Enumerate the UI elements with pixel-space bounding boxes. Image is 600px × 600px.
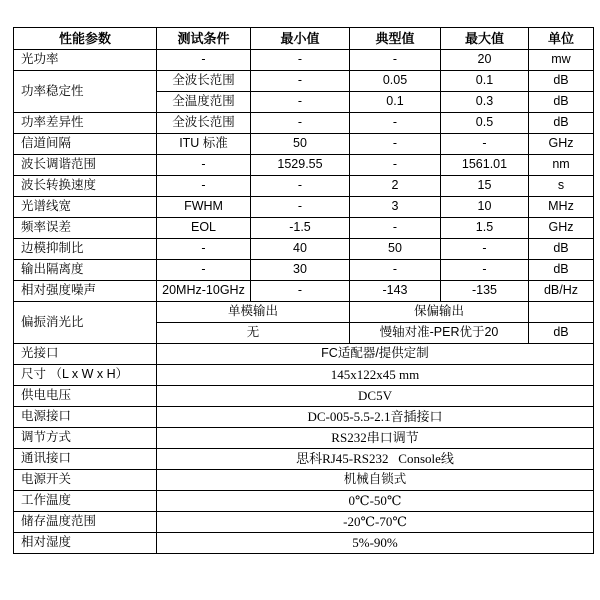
value-cell: 慢轴对准-PER优于20 (350, 323, 529, 344)
param-label: 调节方式 (14, 428, 157, 449)
value-cell: mw (529, 50, 594, 71)
column-header-min: 最小值 (251, 28, 350, 50)
value-cell: - (251, 113, 350, 134)
column-header-unit: 单位 (529, 28, 594, 50)
table-row: 光接口FC适配器/提供定制 (14, 344, 594, 365)
param-label: 偏振消光比 (14, 302, 157, 344)
value-cell: dB (529, 113, 594, 134)
table-row: 波长转换速度--215s (14, 176, 594, 197)
value-cell: nm (529, 155, 594, 176)
value-cell: dB (529, 239, 594, 260)
value-cell: 单模输出 (157, 302, 350, 323)
table-row: 偏振消光比单模输出保偏输出 (14, 302, 594, 323)
value-cell: 145x122x45 mm (157, 365, 594, 386)
value-cell: 0.1 (350, 92, 441, 113)
value-cell: 机械自锁式 (157, 470, 594, 491)
param-label: 频率误差 (14, 218, 157, 239)
value-cell: dB (529, 92, 594, 113)
param-label: 供电电压 (14, 386, 157, 407)
header-row: 性能参数 测试条件 最小值 典型值 最大值 单位 (14, 28, 594, 50)
param-label: 光谱线宽 (14, 197, 157, 218)
value-cell: 1561.01 (441, 155, 529, 176)
param-label: 工作温度 (14, 491, 157, 512)
value-cell: ITU 标准 (157, 134, 251, 155)
value-cell: - (251, 176, 350, 197)
value-cell: 50 (251, 134, 350, 155)
column-header-test-condition: 测试条件 (157, 28, 251, 50)
value-cell: - (350, 50, 441, 71)
value-cell: 0.5 (441, 113, 529, 134)
value-cell: 全温度范围 (157, 92, 251, 113)
param-label: 储存温度范围 (14, 512, 157, 533)
param-label: 尺寸 （L x W x H） (14, 365, 157, 386)
table-row: 功率稳定性全波长范围-0.050.1dB (14, 71, 594, 92)
param-label: 功率差异性 (14, 113, 157, 134)
value-cell: - (157, 239, 251, 260)
param-label: 电源开关 (14, 470, 157, 491)
value-cell: - (251, 50, 350, 71)
value-cell: 5%-90% (157, 533, 594, 554)
value-cell: MHz (529, 197, 594, 218)
table-row: 调节方式RS232串口调节 (14, 428, 594, 449)
column-header-typical: 典型值 (350, 28, 441, 50)
param-label: 光功率 (14, 50, 157, 71)
value-cell: - (350, 134, 441, 155)
value-cell: DC-005-5.5-2.1音插接口 (157, 407, 594, 428)
value-cell: 0.3 (441, 92, 529, 113)
param-label: 波长转换速度 (14, 176, 157, 197)
value-cell: dB (529, 323, 594, 344)
param-label: 输出隔离度 (14, 260, 157, 281)
value-cell: 30 (251, 260, 350, 281)
value-cell: 2 (350, 176, 441, 197)
table-row: 通讯接口思科RJ45-RS232 Console线 (14, 449, 594, 470)
value-cell: RS232串口调节 (157, 428, 594, 449)
value-cell: - (251, 281, 350, 302)
table-row: 储存温度范围-20℃-70℃ (14, 512, 594, 533)
param-label: 边模抑制比 (14, 239, 157, 260)
value-cell: 15 (441, 176, 529, 197)
value-cell: DC5V (157, 386, 594, 407)
value-cell: 全波长范围 (157, 71, 251, 92)
value-cell: 0℃-50℃ (157, 491, 594, 512)
value-cell: EOL (157, 218, 251, 239)
table-row: 相对湿度5%-90% (14, 533, 594, 554)
value-cell: -135 (441, 281, 529, 302)
table-row: 边模抑制比-4050-dB (14, 239, 594, 260)
table-row: 功率差异性全波长范围--0.5dB (14, 113, 594, 134)
table-row: 光谱线宽FWHM-310MHz (14, 197, 594, 218)
param-label: 通讯接口 (14, 449, 157, 470)
value-cell: 0.1 (441, 71, 529, 92)
column-header-max: 最大值 (441, 28, 529, 50)
value-cell: 无 (157, 323, 350, 344)
value-cell: 0.05 (350, 71, 441, 92)
param-label: 相对强度噪声 (14, 281, 157, 302)
value-cell: 保偏输出 (350, 302, 529, 323)
value-cell: - (441, 134, 529, 155)
table-row: 电源开关机械自锁式 (14, 470, 594, 491)
value-cell: 20 (441, 50, 529, 71)
table-row: 相对强度噪声20MHz-10GHz--143-135dB/Hz (14, 281, 594, 302)
param-label: 光接口 (14, 344, 157, 365)
value-cell: - (441, 260, 529, 281)
value-cell: GHz (529, 134, 594, 155)
value-cell: dB (529, 260, 594, 281)
table-row: 工作温度0℃-50℃ (14, 491, 594, 512)
value-cell: 10 (441, 197, 529, 218)
value-cell: dB/Hz (529, 281, 594, 302)
value-cell: 1.5 (441, 218, 529, 239)
spec-table-body: 光功率---20mw功率稳定性全波长范围-0.050.1dB全温度范围-0.10… (14, 50, 594, 554)
value-cell (529, 302, 594, 323)
value-cell: 思科RJ45-RS232 Console线 (157, 449, 594, 470)
value-cell: -143 (350, 281, 441, 302)
value-cell: -1.5 (251, 218, 350, 239)
table-row: 频率误差EOL-1.5-1.5GHz (14, 218, 594, 239)
value-cell: 全波长范围 (157, 113, 251, 134)
param-label: 波长调谐范围 (14, 155, 157, 176)
spec-table: 性能参数 测试条件 最小值 典型值 最大值 单位 光功率---20mw功率稳定性… (13, 27, 594, 554)
value-cell: - (251, 197, 350, 218)
table-row: 供电电压DC5V (14, 386, 594, 407)
value-cell: GHz (529, 218, 594, 239)
value-cell: - (157, 176, 251, 197)
param-label: 功率稳定性 (14, 71, 157, 113)
value-cell: -20℃-70℃ (157, 512, 594, 533)
value-cell: dB (529, 71, 594, 92)
value-cell: - (157, 50, 251, 71)
value-cell: - (441, 239, 529, 260)
value-cell: 40 (251, 239, 350, 260)
value-cell: - (157, 155, 251, 176)
param-label: 信道间隔 (14, 134, 157, 155)
param-label: 相对湿度 (14, 533, 157, 554)
table-row: 尺寸 （L x W x H）145x122x45 mm (14, 365, 594, 386)
value-cell: 20MHz-10GHz (157, 281, 251, 302)
value-cell: - (350, 113, 441, 134)
value-cell: - (350, 155, 441, 176)
table-row: 电源接口DC-005-5.5-2.1音插接口 (14, 407, 594, 428)
table-row: 信道间隔ITU 标准50--GHz (14, 134, 594, 155)
value-cell: - (157, 260, 251, 281)
value-cell: s (529, 176, 594, 197)
value-cell: FWHM (157, 197, 251, 218)
table-row: 输出隔离度-30--dB (14, 260, 594, 281)
table-row: 光功率---20mw (14, 50, 594, 71)
value-cell: 1529.55 (251, 155, 350, 176)
value-cell: - (251, 71, 350, 92)
param-label: 电源接口 (14, 407, 157, 428)
column-header-parameter: 性能参数 (14, 28, 157, 50)
value-cell: 3 (350, 197, 441, 218)
value-cell: - (251, 92, 350, 113)
value-cell: - (350, 218, 441, 239)
value-cell: FC适配器/提供定制 (157, 344, 594, 365)
value-cell: 50 (350, 239, 441, 260)
table-row: 波长调谐范围-1529.55-1561.01nm (14, 155, 594, 176)
value-cell: - (350, 260, 441, 281)
